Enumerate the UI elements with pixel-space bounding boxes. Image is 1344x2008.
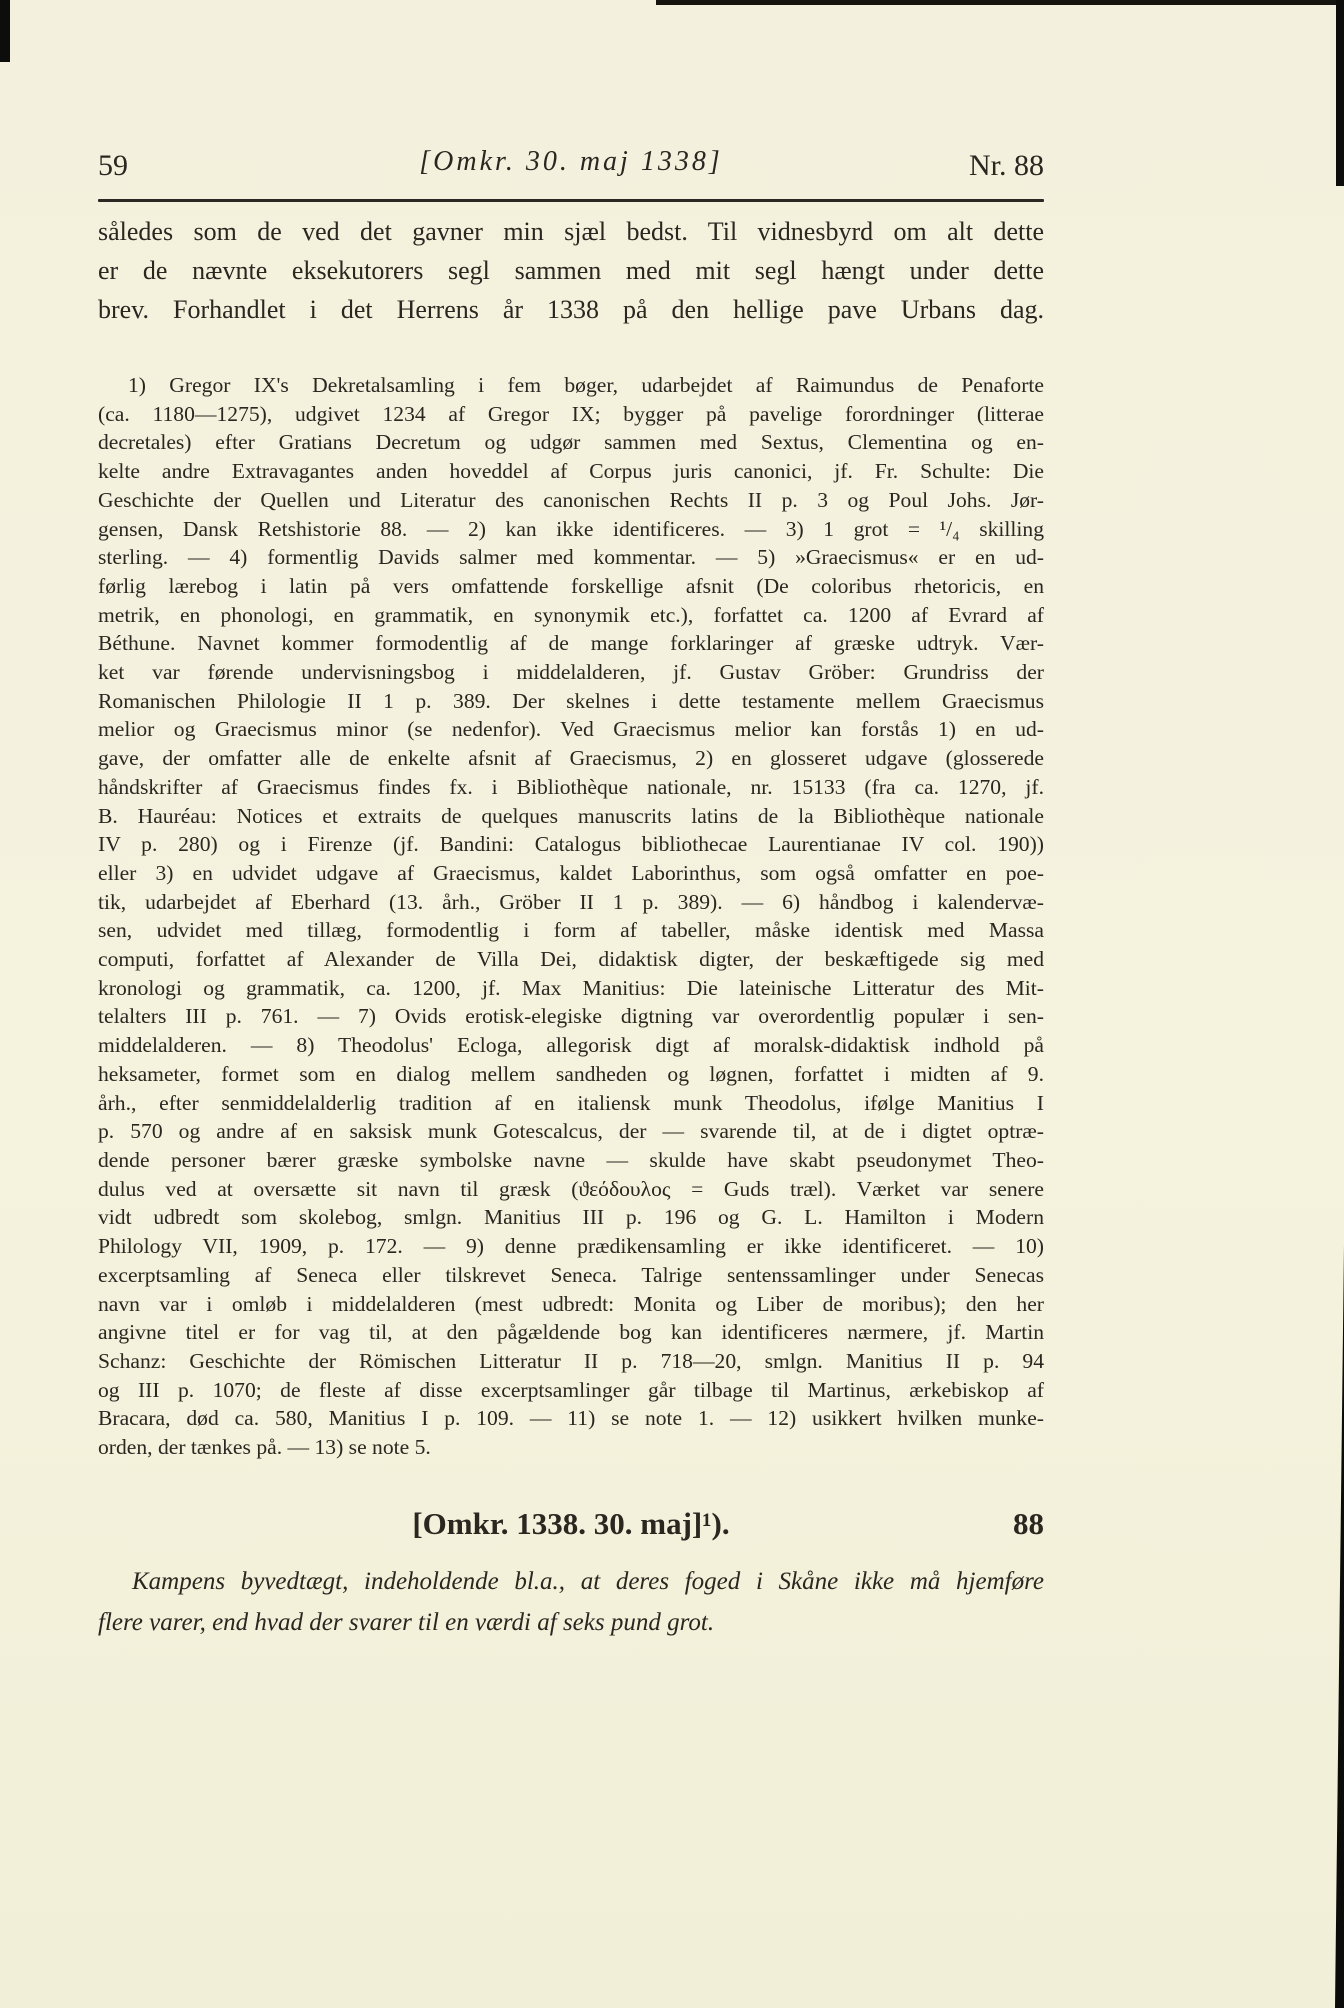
footnote-line: tik, udarbejdet af Eberhard (13. årh., G… (98, 888, 1044, 917)
footnote-line: Béthune. Navnet kommer formodentlig af d… (98, 629, 1044, 658)
footnote-line: og III p. 1070; de fleste af disse excer… (98, 1376, 1044, 1405)
footnote-line: p. 570 og andre af en saksisk munk Gotes… (98, 1117, 1044, 1146)
running-title: [Omkr. 30. maj 1338] (98, 146, 1044, 178)
footnote-line: IV p. 280) og i Firenze (jf. Bandini: Ca… (98, 830, 1044, 859)
footnote-line: Bracara, død ca. 580, Manitius I p. 109.… (98, 1404, 1044, 1433)
document-body-text: således som de ved det gavner min sjæl b… (98, 212, 1044, 329)
footnote-line: Romanischen Philologie II 1 p. 389. Der … (98, 687, 1044, 716)
footnote-line: orden, der tænkes på. — 13) se note 5. (98, 1433, 1044, 1462)
footnote-line: sterling. — 4) formentlig Davids salmer … (98, 543, 1044, 572)
footnote-line: 1) Gregor IX's Dekretalsamling i fem bøg… (98, 371, 1044, 400)
entry-date-heading: [Omkr. 1338. 30. maj]¹). (98, 1506, 1044, 1542)
page-header: 59 [Omkr. 30. maj 1338] Nr. 88 (98, 146, 1044, 188)
footnote-line: heksameter, formet som en dialog mellem … (98, 1060, 1044, 1089)
footnote-line: computi, forfattet af Alexander de Villa… (98, 945, 1044, 974)
footnote-line: middelalderen. — 8) Theodolus' Ecloga, a… (98, 1031, 1044, 1060)
footnote-line: ket var førende undervisningsbog i midde… (98, 658, 1044, 687)
footnote-line: sen, udvidet med tillæg, formodentlig i … (98, 916, 1044, 945)
footnote-line: navn var i omløb i middelalderen (mest u… (98, 1290, 1044, 1319)
scan-artifact-top-edge (656, 0, 1344, 5)
summary-line: Kampens byvedtægt, indeholdende bl.a., a… (98, 1561, 1044, 1602)
footnote-line: Geschichte der Quellen und Literatur des… (98, 486, 1044, 515)
entry-heading: [Omkr. 1338. 30. maj]¹). 88 (98, 1506, 1044, 1548)
scan-artifact-top-right-corner (1336, 0, 1344, 186)
scan-artifact-bottom-right-edge (1335, 1245, 1344, 2008)
footnote-line: dulus ved at oversætte sit navn til græs… (98, 1175, 1044, 1204)
entry-summary: Kampens byvedtægt, indeholdende bl.a., a… (98, 1561, 1044, 1643)
body-text-line: således som de ved det gavner min sjæl b… (98, 212, 1044, 251)
footnote-line: kronologi og grammatik, ca. 1200, jf. Ma… (98, 974, 1044, 1003)
footnote-line: gensen, Dansk Retshistorie 88. — 2) kan … (98, 515, 1044, 544)
footnote-line: angivne titel er for vag til, at den påg… (98, 1318, 1044, 1347)
footnote-line: decretales) efter Gratians Decretum og u… (98, 428, 1044, 457)
footnote-line: førlig lærebog i latin på vers omfattend… (98, 572, 1044, 601)
footnote-line: metrik, en phonologi, en grammatik, en s… (98, 601, 1044, 630)
header-rule (98, 199, 1044, 202)
body-text-line: er de nævnte eksekutorers segl sammen me… (98, 251, 1044, 290)
footnote-line: gave, der omfatter alle de enkelte afsni… (98, 744, 1044, 773)
scanned-page: 59 [Omkr. 30. maj 1338] Nr. 88 således s… (0, 0, 1344, 2008)
footnote-line: Schanz: Geschichte der Römischen Littera… (98, 1347, 1044, 1376)
footnote-line: dende personer bærer græske symbolske na… (98, 1146, 1044, 1175)
footnote-line: vidt udbredt som skolebog, smlgn. Maniti… (98, 1203, 1044, 1232)
body-text-line: brev. Forhandlet i det Herrens år 1338 p… (98, 290, 1044, 329)
footnote-line: B. Hauréau: Notices et extraits de quelq… (98, 802, 1044, 831)
footnote-line: melior og Graecismus minor (se nedenfor)… (98, 715, 1044, 744)
summary-line: flere varer, end hvad der svarer til en … (98, 1602, 1044, 1643)
entry-number: 88 (1013, 1506, 1044, 1542)
entry-number-header: Nr. 88 (969, 149, 1044, 183)
footnote-line: Philology VII, 1909, p. 172. — 9) denne … (98, 1232, 1044, 1261)
footnote-line: kelte andre Extravagantes anden hoveddel… (98, 457, 1044, 486)
footnote-line: håndskrifter af Graecismus findes fx. i … (98, 773, 1044, 802)
footnote-line: årh., efter senmiddelalderlig tradition … (98, 1089, 1044, 1118)
footnote-line: excerptsamling af Seneca eller tilskreve… (98, 1261, 1044, 1290)
footnotes-block: 1) Gregor IX's Dekretalsamling i fem bøg… (98, 371, 1044, 1462)
scan-artifact-left-edge (0, 0, 10, 62)
footnote-line: (ca. 1180—1275), udgivet 1234 af Gregor … (98, 400, 1044, 429)
footnote-line: telalters III p. 761. — 7) Ovids erotisk… (98, 1002, 1044, 1031)
footnote-line: eller 3) en udvidet udgave af Graecismus… (98, 859, 1044, 888)
